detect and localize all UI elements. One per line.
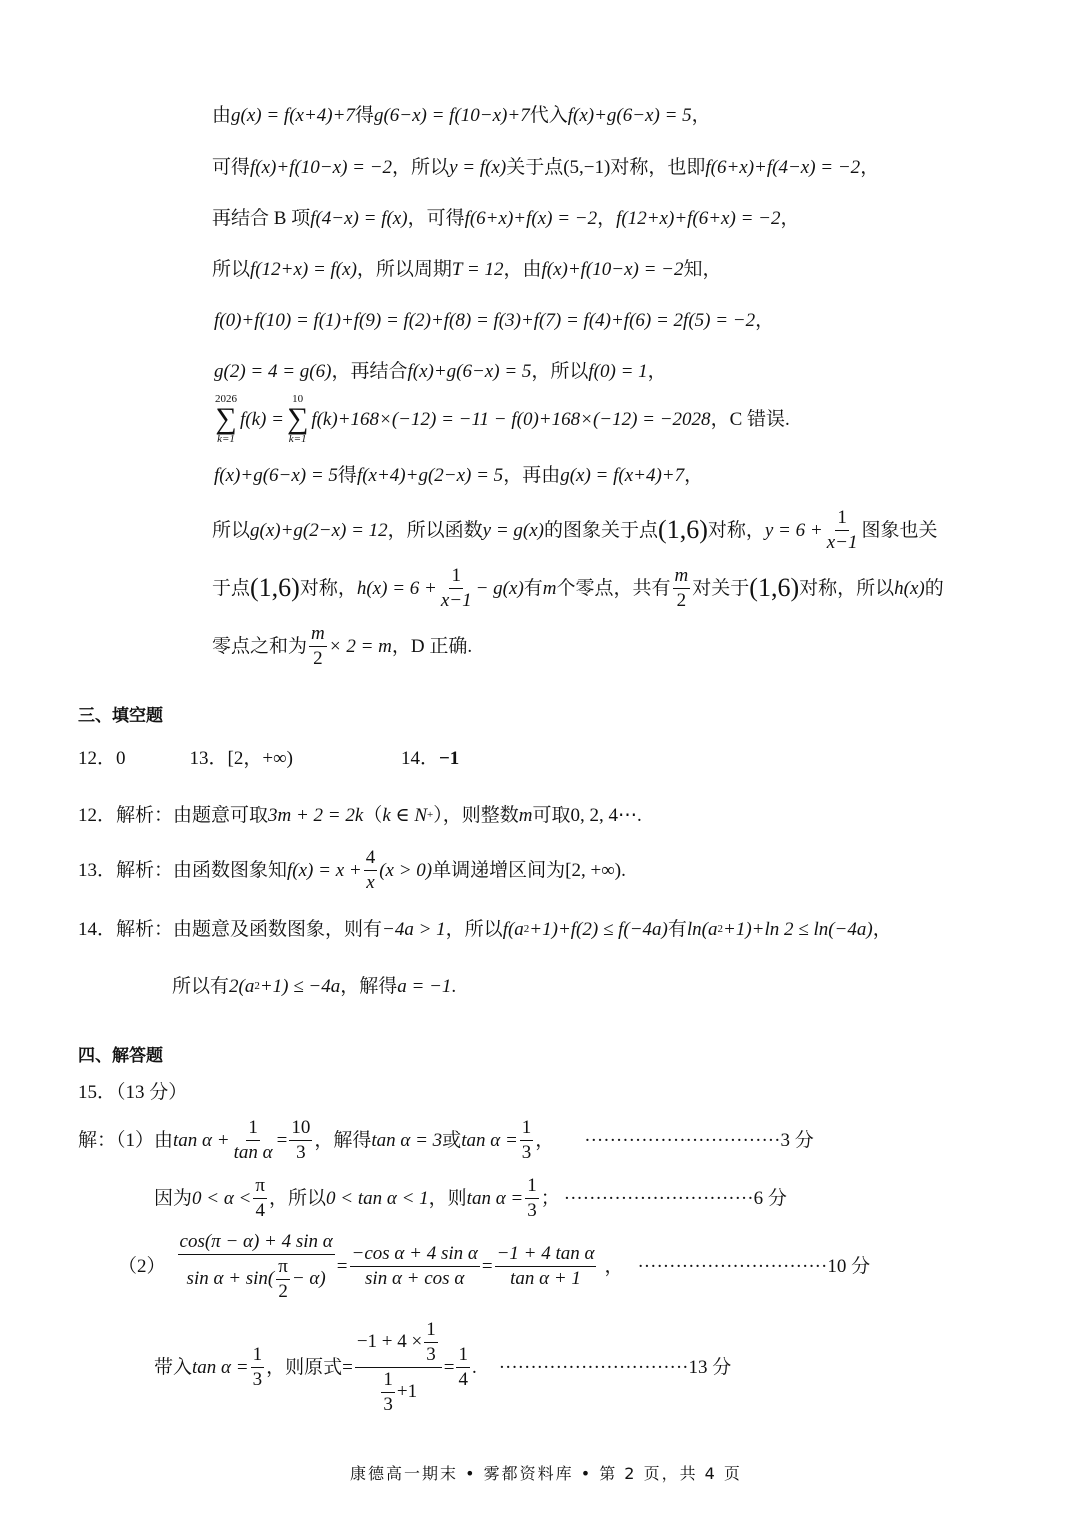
question-number: 12． (78, 749, 116, 768)
solution-line-1: 由 g(x) = f(x+4)+7 得 g(6−x) = f(10−x)+7 代… (212, 106, 711, 125)
q15-step-4: 带入 tan α = 1 3 ，则原式= −1 + 4 × 1 3 1 3 +1… (154, 1320, 731, 1415)
math: y = 6 + (765, 521, 823, 540)
denominator: 3 (520, 1141, 534, 1163)
denominator: 3 (424, 1343, 438, 1365)
answer-value: −1 (439, 749, 459, 768)
solution-line-5: f(0)+f(10) = f(1)+f(9) = f(2)+f(8) = f(3… (214, 311, 774, 330)
text: 个零点，共有 (557, 579, 671, 598)
text: ， (684, 466, 703, 485)
numerator: 1 (246, 1118, 260, 1141)
math: tan α = (461, 1131, 518, 1150)
math: f(x)+f(10−x) = −2 (541, 260, 683, 279)
math: f(k) = (240, 410, 284, 429)
math: 3m + 2 = 2k (268, 806, 363, 825)
text: 关于点 (506, 158, 563, 177)
math: [2, +∞). (565, 861, 626, 880)
text: 由 (212, 106, 231, 125)
math: T = 12 (452, 260, 504, 279)
denominator: 4 (456, 1368, 470, 1390)
math: = (277, 1131, 288, 1150)
section-3-heading: 三、填空题 (78, 708, 163, 725)
math: (1,6) (749, 575, 799, 601)
solution-line-4: 所以 f(12+x) = f(x) ，所以周期 T = 12 ，由 f(x)+f… (212, 260, 722, 279)
q15-step-2: 因为 0 < α < π 4 ，所以 0 < tan α < 1 ，则 tan … (154, 1176, 787, 1221)
fraction: 4 x (364, 848, 378, 893)
text: 得 (338, 466, 357, 485)
score-label: 13 分 (689, 1358, 732, 1377)
fraction: cos(π − α) + 4 sin α sin α + sin( π 2 − … (178, 1232, 335, 1302)
text: 可得 (212, 158, 250, 177)
text: ，由 (503, 260, 541, 279)
fraction: 1 4 (456, 1345, 470, 1390)
math: f(12+x)+f(6+x) = −2 (616, 209, 780, 228)
numerator: 1 (424, 1320, 438, 1343)
math: h(x) = 6 + (357, 579, 437, 598)
text: 图象也关 (861, 521, 937, 540)
text: 对称， (708, 521, 765, 540)
fraction: 1 3 (520, 1118, 534, 1163)
sum-lower: k=1 (289, 434, 307, 445)
text: ，解得 (340, 977, 397, 996)
explanation-14-line-1: 14．解析：由题意及函数图象，则有 −4a > 1 ，所以 f(a2 +1)+f… (78, 920, 892, 939)
numerator: 1 (835, 508, 849, 531)
fraction: 1 3 (525, 1176, 539, 1221)
text: ， (604, 1257, 623, 1276)
part-label: （2） (118, 1257, 166, 1276)
sigma-symbol: ∑ (287, 405, 308, 434)
math: g(6−x) = f(10−x)+7 (374, 106, 530, 125)
text: 对称，也即 (610, 158, 705, 177)
math: = (444, 1358, 455, 1377)
text: 带入 (154, 1358, 192, 1377)
text: 12．解析：由题意可取 (78, 806, 268, 825)
denominator: 3 (294, 1141, 308, 1163)
text: 所以有 (172, 977, 229, 996)
math: f(6+x)+f(4−x) = −2 (705, 158, 860, 177)
score-leader-dots: ······························ (499, 1358, 689, 1377)
math: +1 (397, 1382, 417, 1402)
answers-row: 12． 0 13． [2，+∞) 14． −1 (78, 749, 459, 768)
denominator: tan α + 1 (508, 1267, 583, 1289)
question-15-title: 15．（13 分） (78, 1083, 187, 1102)
text: ，C 错误. (711, 410, 790, 429)
math: 0, 2, 4⋯. (570, 806, 641, 825)
text: 于点 (212, 579, 250, 598)
compound-fraction: −1 + 4 × 1 3 1 3 +1 (355, 1320, 442, 1415)
text: ，再由 (503, 466, 560, 485)
fraction: −1 + 4 tan α tan α + 1 (495, 1244, 597, 1289)
numerator: 1 (251, 1345, 265, 1368)
summation: 2026 ∑ k=1 (215, 394, 237, 445)
score-label: 3 分 (780, 1131, 813, 1150)
numerator: π (253, 1176, 267, 1199)
text: 的 (925, 579, 944, 598)
math: m (543, 579, 557, 598)
text: （ (363, 806, 382, 825)
math: k ∈ N (382, 806, 427, 825)
math: f(4−x) = f(x) (310, 209, 407, 228)
explanation-13: 13．解析：由函数图象知 f(x) = x + 4 x (x > 0) 单调递增… (78, 848, 626, 893)
text: ），则整数 (433, 806, 519, 825)
explanation-14-line-2: 所以有 2(a2 +1) ≤ −4a ，解得 a = −1 . (172, 977, 456, 996)
text: . (472, 1358, 477, 1377)
math: m (519, 806, 533, 825)
math: tan α = (467, 1189, 524, 1208)
sum-lower: k=1 (217, 434, 235, 445)
math: g(x)+g(2−x) = 12 (250, 521, 388, 540)
text: ， (873, 920, 892, 939)
text: 因为 (154, 1189, 192, 1208)
answer-value: 0 (116, 749, 126, 768)
math: ln(a (687, 920, 718, 939)
text: ，所以 (446, 920, 503, 939)
math: y = g(x) (483, 521, 544, 540)
solution-line-8: f(x)+g(6−x) = 5 得 f(x+4)+g(2−x) = 5 ，再由 … (214, 466, 703, 485)
numerator: 1 (449, 566, 463, 589)
text: . (451, 977, 456, 996)
math: −1 + 4 × (357, 1332, 422, 1352)
solution-line-7-sum: 2026 ∑ k=1 f(k) = 10 ∑ k=1 f(k)+168×(−12… (212, 394, 790, 445)
denominator: x−1 (439, 589, 474, 611)
text: 有 (668, 920, 687, 939)
answer-value: [2，+∞) (228, 749, 293, 768)
fraction: 1 x−1 (439, 566, 474, 611)
text: ， (755, 311, 774, 330)
solution-line-3: 再结合 B 项 f(4−x) = f(x) ，可得 f(6+x)+f(x) = … (212, 209, 799, 228)
numerator: m (673, 566, 691, 589)
math: +1)+ln 2 ≤ ln(−4a) (723, 920, 873, 939)
numerator: 1 (456, 1345, 470, 1368)
page-footer: 康德高一期末 • 雾都资料库 • 第 2 页，共 4 页 (350, 1466, 742, 1482)
numerator: 1 (520, 1118, 534, 1141)
text: 得 (355, 106, 374, 125)
math: f(x)+g(6−x) = 5 (568, 106, 692, 125)
text: ， (692, 106, 711, 125)
text: ，所以 (392, 158, 449, 177)
math: − α) (292, 1269, 326, 1289)
text: 可取 (532, 806, 570, 825)
math: f(6+x)+f(x) = −2 (465, 209, 598, 228)
text: ， (648, 362, 667, 381)
text: ，所以函数 (388, 521, 483, 540)
numerator: π (276, 1257, 290, 1280)
fraction: 10 3 (289, 1118, 312, 1163)
solution-line-10: 于点 (1,6) 对称， h(x) = 6 + 1 x−1 − g(x) 有 m… (212, 566, 944, 611)
denominator: sin α + sin( π 2 − α) (185, 1255, 328, 1302)
score-leader-dots: ······························ (564, 1189, 754, 1208)
text: 或 (442, 1131, 461, 1150)
text: ，再结合 (331, 362, 407, 381)
fraction: 1 x−1 (825, 508, 860, 553)
fraction: 1 tan α (232, 1118, 275, 1163)
denominator: 1 3 +1 (377, 1368, 419, 1415)
denominator: sin α + cos α (363, 1267, 466, 1289)
text: ，所以 (269, 1189, 326, 1208)
text: 单调递增区间为 (432, 861, 565, 880)
math: g(x) = f(x+4)+7 (231, 106, 355, 125)
solution-line-2: 可得 f(x)+f(10−x) = −2 ，所以 y = f(x) 关于点 (5… (212, 158, 879, 177)
solution-line-6: g(2) = 4 = g(6) ，再结合 f(x)+g(6−x) = 5 ，所以… (214, 362, 667, 381)
denominator: x (364, 871, 376, 893)
text: 的图象关于点 (544, 521, 658, 540)
text: 解：（1）由 (78, 1131, 173, 1150)
numerator: 1 (525, 1176, 539, 1199)
text: 对称，所以 (799, 579, 894, 598)
math: f(x)+f(10−x) = −2 (250, 158, 392, 177)
text: 知， (684, 260, 722, 279)
numerator: −1 + 4 × 1 3 (355, 1320, 442, 1368)
text: ， (780, 209, 799, 228)
denominator: 3 (525, 1199, 539, 1221)
fraction: π 2 (276, 1257, 290, 1302)
math: f(x+4)+g(2−x) = 5 (357, 466, 503, 485)
score-leader-dots: ······························· (584, 1131, 780, 1150)
text: ，D 正确. (392, 637, 472, 656)
math: f(a (503, 920, 524, 939)
math: −4a > 1 (382, 920, 446, 939)
numerator: 10 (289, 1118, 312, 1141)
score-label: 10 分 (827, 1257, 870, 1276)
denominator: 2 (675, 589, 689, 611)
math: f(0)+f(10) = f(1)+f(9) = f(2)+f(8) = f(3… (214, 311, 755, 330)
q15-step-3: （2） cos(π − α) + 4 sin α sin α + sin( π … (118, 1232, 870, 1302)
numerator: 1 (381, 1370, 395, 1393)
math: = (482, 1257, 493, 1276)
text: 所以 (212, 521, 250, 540)
text: ， (860, 158, 879, 177)
denominator: 3 (251, 1368, 265, 1390)
text: ，所以 (531, 362, 588, 381)
text: 所以 (212, 260, 250, 279)
fraction: m 2 (673, 566, 691, 611)
question-number: 13． (190, 749, 228, 768)
text: 14．解析：由题意及函数图象，则有 (78, 920, 382, 939)
math: y = f(x) (449, 158, 506, 177)
denominator: tan α (232, 1141, 275, 1163)
math: (1,6) (250, 575, 300, 601)
fraction: 1 3 (381, 1370, 395, 1415)
text: ，则 (429, 1189, 467, 1208)
score-leader-dots: ······························ (637, 1257, 827, 1276)
text: 再结合 B 项 (212, 209, 310, 228)
math: 2(a (229, 977, 254, 996)
text: ，可得 (408, 209, 465, 228)
score-label: 6 分 (754, 1189, 787, 1208)
math: = (337, 1257, 348, 1276)
text: ，则原式= (266, 1358, 353, 1377)
math: (1,6) (658, 517, 708, 543)
denominator: x−1 (825, 531, 860, 553)
numerator: 4 (364, 848, 378, 871)
fraction: m 2 (309, 624, 327, 669)
math: +1) ≤ −4a (260, 977, 340, 996)
math: − g(x) (476, 579, 524, 598)
summation: 10 ∑ k=1 (287, 394, 308, 445)
text: ； (541, 1189, 560, 1208)
denominator: 4 (253, 1199, 267, 1221)
text: ，所以周期 (357, 260, 452, 279)
explanation-12: 12．解析：由题意可取 3m + 2 = 2k （ k ∈ N+ ），则整数 m… (78, 806, 642, 825)
math: f(x)+g(6−x) = 5 (407, 362, 531, 381)
math: f(k)+168×(−12) = −11 − f(0)+168×(−12) = … (311, 410, 710, 429)
text: 13．解析：由函数图象知 (78, 861, 287, 880)
math: f(0) = 1 (588, 362, 647, 381)
denominator: 3 (381, 1393, 395, 1415)
question-number: 14． (401, 749, 439, 768)
text: ， (535, 1131, 554, 1150)
fraction: 1 3 (424, 1320, 438, 1365)
text: ，解得 (314, 1131, 371, 1150)
fraction: π 4 (253, 1176, 267, 1221)
section-4-heading: 四、解答题 (78, 1048, 163, 1065)
sigma-symbol: ∑ (215, 405, 236, 434)
numerator: −1 + 4 tan α (495, 1244, 597, 1267)
denominator: 2 (311, 647, 325, 669)
math: tan α = 3 (371, 1131, 442, 1150)
text: ， (597, 209, 616, 228)
math: tan α + (173, 1131, 230, 1150)
text: 零点之和为 (212, 637, 307, 656)
math: a = −1 (397, 977, 451, 996)
math: tan α = (192, 1358, 249, 1377)
numerator: m (309, 624, 327, 647)
text: 有 (524, 579, 543, 598)
solution-line-9: 所以 g(x)+g(2−x) = 12 ，所以函数 y = g(x) 的图象关于… (212, 508, 937, 553)
math: f(x)+g(6−x) = 5 (214, 466, 338, 485)
text: 对关于 (692, 579, 749, 598)
math: (5,−1) (563, 158, 610, 177)
text: 对称， (300, 579, 357, 598)
math: +1)+f(2) ≤ f(−4a) (529, 920, 668, 939)
math: f(x) = x + (287, 861, 362, 880)
math: (x > 0) (379, 861, 432, 880)
fraction: 1 3 (251, 1345, 265, 1390)
q15-step-1: 解：（1）由 tan α + 1 tan α = 10 3 ，解得 tan α … (78, 1118, 814, 1163)
math: f(12+x) = f(x) (250, 260, 357, 279)
text: 代入 (530, 106, 568, 125)
numerator: −cos α + 4 sin α (350, 1244, 480, 1267)
math: sin α + sin( (187, 1269, 275, 1289)
denominator: 2 (276, 1280, 290, 1302)
math: g(x) = f(x+4)+7 (560, 466, 684, 485)
math: h(x) (894, 579, 925, 598)
math: g(2) = 4 = g(6) (214, 362, 331, 381)
math: 0 < tan α < 1 (326, 1189, 429, 1208)
math: 0 < α < (192, 1189, 251, 1208)
math: × 2 = m (329, 637, 392, 656)
solution-line-11: 零点之和为 m 2 × 2 = m ，D 正确. (212, 624, 472, 669)
numerator: cos(π − α) + 4 sin α (178, 1232, 335, 1255)
fraction: −cos α + 4 sin α sin α + cos α (350, 1244, 480, 1289)
